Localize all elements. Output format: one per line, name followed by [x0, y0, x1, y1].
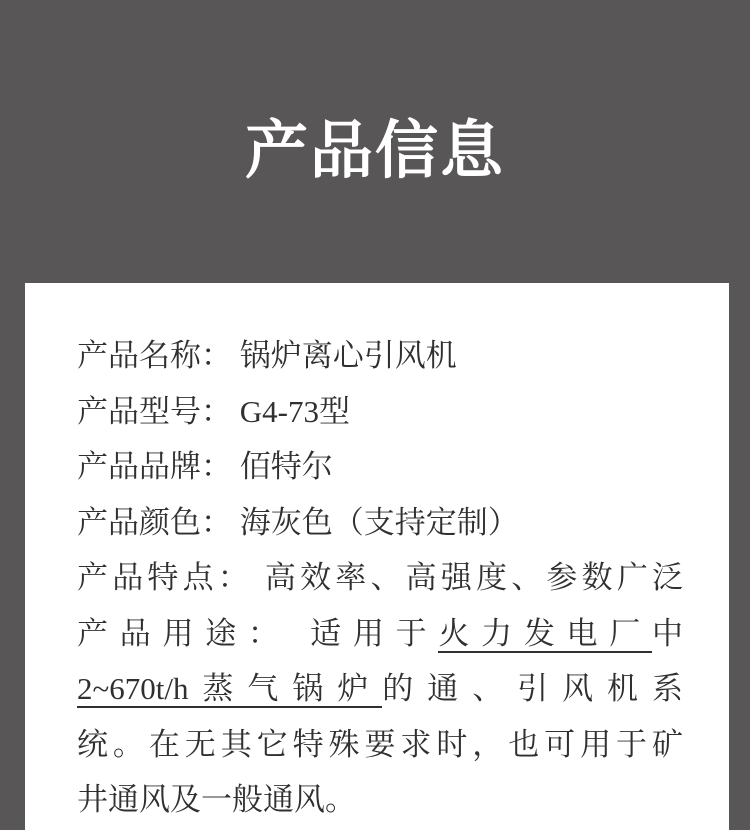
usage-text-pre: 适用于 [310, 616, 438, 651]
spec-label-color: 产品颜色： [77, 505, 240, 540]
usage-line-1: 产品用途： 适用于火力发电厂中 [77, 606, 683, 662]
usage-line-4: 井通风及一般通风。 [77, 772, 683, 828]
spec-value-name: 锅炉离心引风机 [240, 338, 457, 373]
spec-row-color: 产品颜色： 海灰色（支持定制） [77, 495, 683, 551]
spec-row-brand: 产品品牌： 佰特尔 [77, 439, 683, 495]
spec-value-brand: 佰特尔 [240, 449, 333, 484]
underlined-phrase-boiler-capacity: 2~670t/h蒸气锅炉 [77, 671, 382, 708]
spec-label-model: 产品型号： [77, 394, 240, 429]
spec-row-features: 产品特点： 高效率、高强度、参数广泛 [77, 550, 683, 606]
spec-row-model: 产品型号： G4-73型 [77, 384, 683, 440]
usage-line-3: 统。在无其它特殊要求时，也可用于矿 [77, 717, 683, 773]
usage-text-line2: 的通、引风机系 [382, 671, 683, 706]
spec-label-name: 产品名称： [77, 338, 240, 373]
spec-label-features: 产品特点： [77, 560, 265, 595]
header-section: 产品信息 [0, 0, 750, 283]
product-info-card: 产品名称： 锅炉离心引风机 产品型号： G4-73型 产品品牌： 佰特尔 产品颜… [25, 283, 729, 830]
spec-value-color: 海灰色（支持定制） [240, 505, 519, 540]
usage-text-post: 中 [652, 616, 683, 651]
usage-line-2: 2~670t/h蒸气锅炉的通、引风机系 [77, 661, 683, 717]
spec-value-model: G4-73型 [240, 394, 350, 429]
spec-label-usage: 产品用途： [77, 616, 310, 651]
spec-label-brand: 产品品牌： [77, 449, 240, 484]
page-title: 产品信息 [0, 0, 750, 183]
underlined-phrase-power-plant: 火力发电厂 [438, 616, 652, 653]
product-specs: 产品名称： 锅炉离心引风机 产品型号： G4-73型 产品品牌： 佰特尔 产品颜… [25, 283, 729, 828]
spec-value-features: 高效率、高强度、参数广泛 [265, 560, 683, 595]
spec-row-name: 产品名称： 锅炉离心引风机 [77, 328, 683, 384]
